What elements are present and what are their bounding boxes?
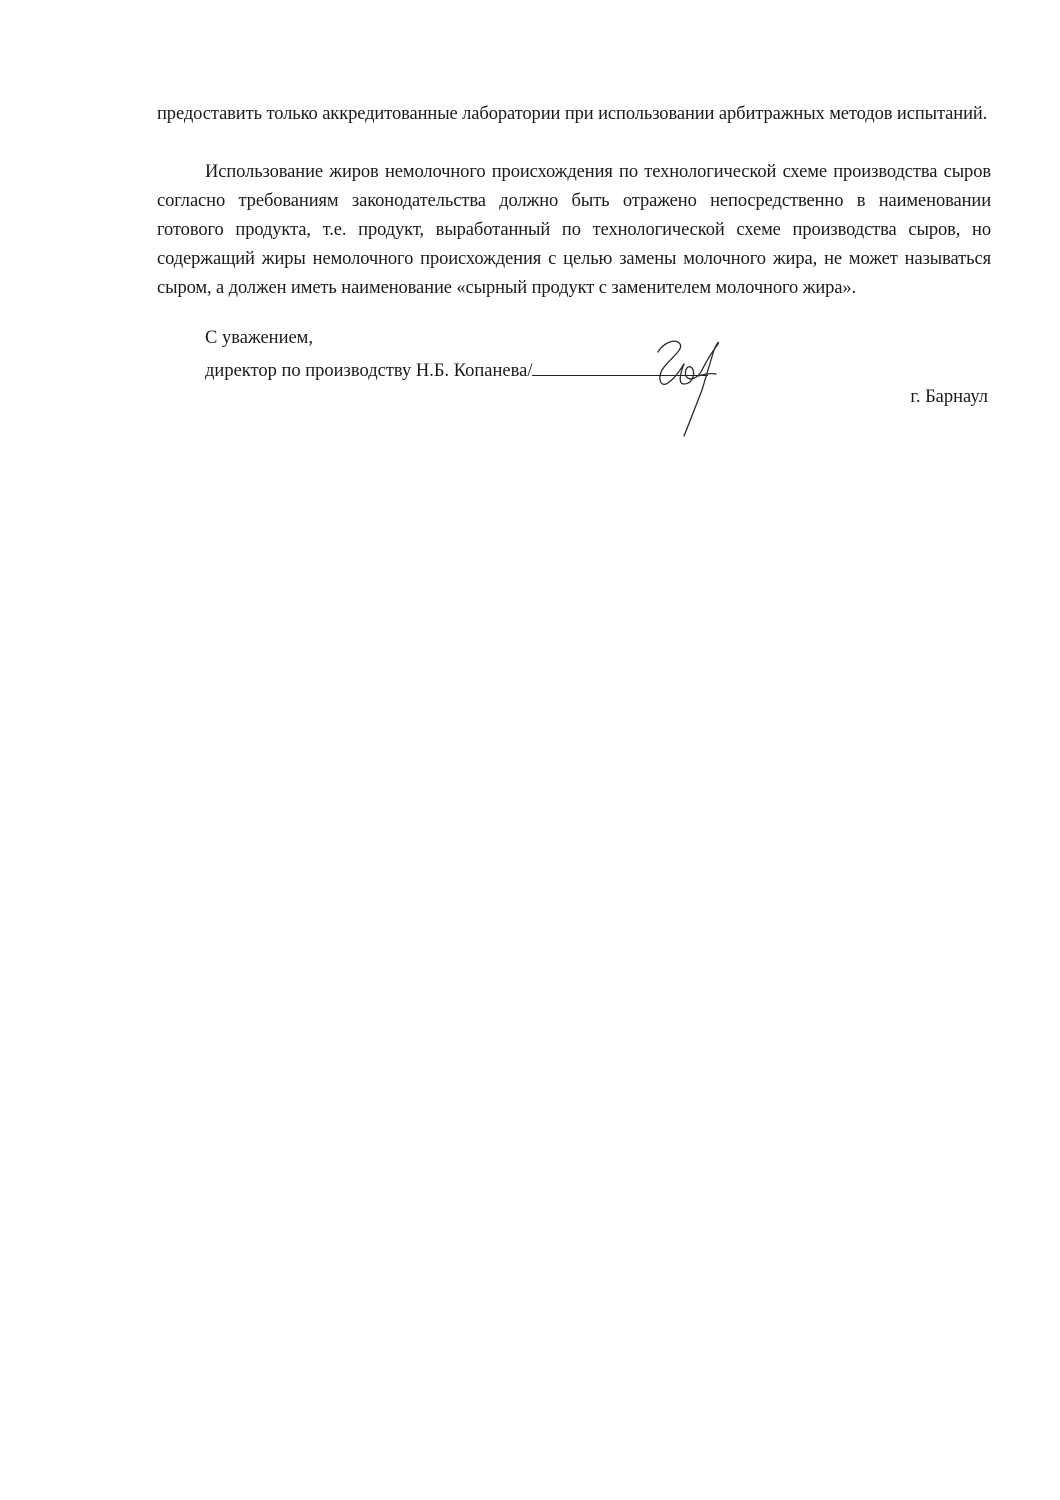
paragraph-continuation: предоставить только аккредитованные лабо… bbox=[157, 100, 991, 129]
signer-name: директор по производству Н.Б. Копанева/ bbox=[205, 361, 532, 381]
signer-line: директор по производству Н.Б. Копанева/ bbox=[205, 353, 708, 386]
paragraph-non-dairy-fats: Использование жиров немолочного происхож… bbox=[157, 158, 991, 303]
paragraph-text: предоставить только аккредитованные лабо… bbox=[157, 100, 991, 129]
signature-icon bbox=[640, 330, 760, 440]
document-page: предоставить только аккредитованные лабо… bbox=[0, 0, 1060, 1500]
paragraph-text: Использование жиров немолочного происхож… bbox=[157, 158, 991, 303]
closing-regards: С уважением, bbox=[205, 324, 313, 353]
city: г. Барнаул bbox=[910, 383, 988, 412]
